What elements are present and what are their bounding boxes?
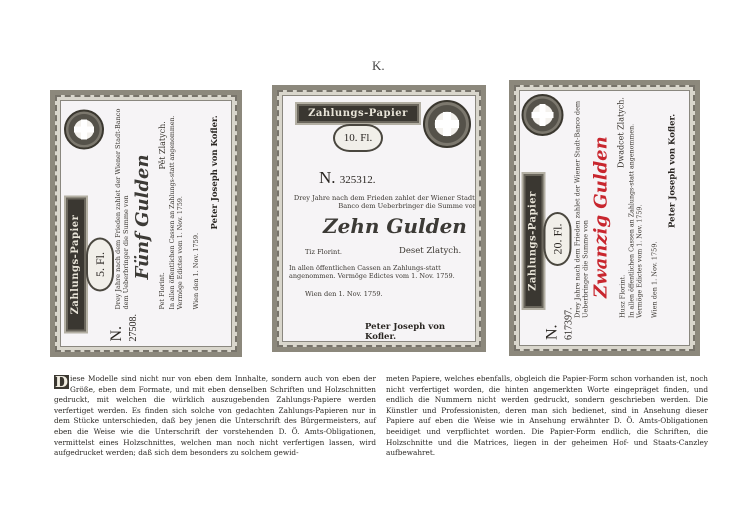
acceptance-text: In allen öffentlichen Cassen an Zahlungs… <box>289 264 476 280</box>
number-label: N. 325312. <box>319 168 376 188</box>
note-intro-text: Drey Jahre nach dem Frieden zahlet der W… <box>289 194 476 210</box>
note-banner: Zahlungs-Papier <box>523 174 543 308</box>
serial-number: 617397. <box>563 308 574 341</box>
description-right-column: meten Papiere, welches ebenfalls, obglei… <box>386 374 708 459</box>
banknote-ten-gulden: Zahlungs-Papier 10. Fl. N. 325312. Drey … <box>272 85 486 352</box>
number-label: N. <box>108 325 126 341</box>
denomination-cartouche: 20. Fl. <box>543 212 571 266</box>
place-date: Wien den 1. Nov. 1759. <box>305 290 383 298</box>
place-date: Wien den 1. Nov. 1759. <box>192 232 200 309</box>
note-paper: Zahlungs-Papier 20. Fl. N. 617397. Drey … <box>519 90 690 346</box>
note-banner: Zahlungs-Papier <box>297 104 419 123</box>
latin-denomination: Husz Florint. <box>618 275 626 318</box>
slavic-denomination: Pět Zlatych. <box>158 121 168 169</box>
left-column-text: iese Modelle sind nicht nur von eben dem… <box>54 374 376 457</box>
banknote-five-gulden: Zahlungs-Papier 5. Fl. N. 27508. Drey Ja… <box>50 90 242 357</box>
note-border: Zahlungs-Papier 10. Fl. N. 325312. Drey … <box>277 90 481 347</box>
slavic-denomination: Deset Zlatych. <box>399 246 461 257</box>
note-intro-text: Drey Jahre nach dem Frieden zahlet der W… <box>573 98 589 318</box>
number-label: N. <box>543 324 561 340</box>
note-paper: Zahlungs-Papier 5. Fl. N. 27508. Drey Ja… <box>60 100 232 347</box>
note-intro-text: Drey Jahre nach dem Frieden zahlet der W… <box>114 104 130 309</box>
note-border: Zahlungs-Papier 5. Fl. N. 27508. Drey Ja… <box>55 95 237 352</box>
right-column-text: meten Papiere, welches ebenfalls, obglei… <box>386 374 708 457</box>
latin-denomination: Pet Florint. <box>158 272 166 309</box>
latin-denomination: Tiz Florint. <box>305 248 342 256</box>
note-amount: Zehn Gulden <box>323 214 467 238</box>
note-paper: Zahlungs-Papier 10. Fl. N. 325312. Drey … <box>282 95 476 342</box>
coat-of-arms-icon <box>423 100 471 148</box>
signature: Peter Joseph von Kofler. <box>365 322 475 342</box>
banknote-twenty-gulden: Zahlungs-Papier 20. Fl. N. 617397. Drey … <box>509 80 700 356</box>
denomination-cartouche: 5. Fl. <box>86 237 114 291</box>
note-amount: Fünf Gulden <box>132 154 153 279</box>
signature: Peter Joseph von Kofler. <box>667 114 677 228</box>
acceptance-text: In allen öffentlichen Cassen an Zahlungs… <box>169 104 185 309</box>
plate-letter: K. <box>372 58 385 74</box>
drop-cap: D <box>54 375 69 389</box>
number-prefix: N. <box>319 168 336 187</box>
signature: Peter Joseph von Kofler. <box>210 115 220 229</box>
note-amount: Zwanzig Gulden <box>590 136 611 298</box>
denomination-cartouche: 10. Fl. <box>333 124 383 152</box>
coat-of-arms-icon <box>64 109 104 149</box>
serial-number: 27508. <box>128 314 139 342</box>
serial-number: 325312. <box>340 174 376 186</box>
coat-of-arms-icon <box>521 94 563 136</box>
note-border: Zahlungs-Papier 20. Fl. N. 617397. Drey … <box>514 85 695 351</box>
acceptance-text: In allen öffentlichen Cassen an Zahlungs… <box>628 98 644 318</box>
place-date: Wien den 1. Nov. 1759. <box>650 241 658 318</box>
slavic-denomination: Dwadcet Zlatych. <box>616 97 626 168</box>
note-banner: Zahlungs-Papier <box>66 197 86 331</box>
description-left-column: Diese Modelle sind nicht nur von eben de… <box>54 374 376 459</box>
